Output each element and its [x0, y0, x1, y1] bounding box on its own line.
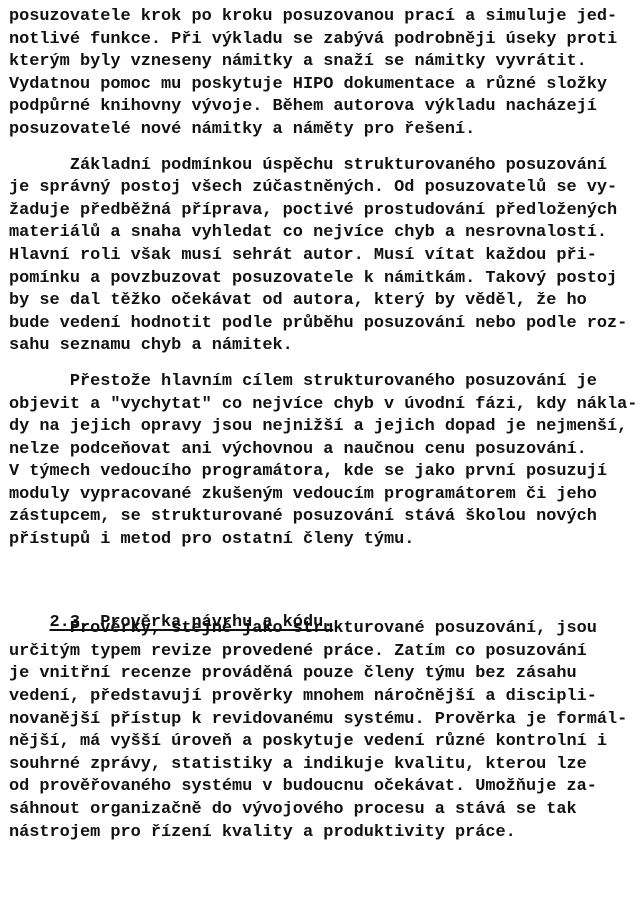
text-line: sahu seznamu chyb a námitek. — [9, 335, 641, 358]
paragraph-review-walkthrough: posuzovatele krok po kroku posuzovanou p… — [9, 6, 641, 142]
text-line: od prověřovaného systému v budoucnu oček… — [9, 776, 641, 799]
paragraph-main-goal: Přestože hlavním cílem strukturovaného p… — [9, 371, 641, 552]
text-line: Hlavní roli však musí sehrát autor. Musí… — [9, 245, 641, 268]
section-heading: 2.3. Prověrka návrhu a kódu. — [9, 590, 641, 613]
text-line: Přestože hlavním cílem strukturovaného p… — [9, 371, 641, 394]
text-line: nelze podceňovat ani výchovnou a naučnou… — [9, 439, 641, 462]
text-line: určitým typem revize provedené práce. Za… — [9, 641, 641, 664]
text-line: moduly vypracované zkušeným vedoucím pro… — [9, 484, 641, 507]
text-line: nástrojem pro řízení kvality a produktiv… — [9, 822, 641, 845]
text-line: by se dal těžko očekávat od autora, kter… — [9, 290, 641, 313]
text-line: novanější přístup k revidovanému systému… — [9, 709, 641, 732]
text-line: dy na jejich opravy jsou nejnižší a jeji… — [9, 416, 641, 439]
text-line: zástupcem, se strukturované posuzování s… — [9, 506, 641, 529]
typewritten-page: posuzovatele krok po kroku posuzovanou p… — [9, 6, 641, 844]
text-line: materiálů a snaha vyhledat co nejvíce ch… — [9, 222, 641, 245]
paragraph-basic-condition: Základní podmínkou úspěchu strukturované… — [9, 155, 641, 358]
text-line: žaduje předběžná příprava, poctivé prost… — [9, 200, 641, 223]
text-line: přístupů i metod pro ostatní členy týmu. — [9, 529, 641, 552]
paragraph-audits: Prověrky, stejně jako strukturované posu… — [9, 618, 641, 844]
text-line: je správný postoj všech zúčastněných. Od… — [9, 177, 641, 200]
text-line: notlivé funkce. Při výkladu se zabývá po… — [9, 29, 641, 52]
text-line: nější, má vyšší úroveň a poskytuje veden… — [9, 731, 641, 754]
text-line: pomínku a povzbuzovat posuzovatele k nám… — [9, 268, 641, 291]
text-line: Prověrky, stejně jako strukturované posu… — [9, 618, 641, 641]
text-line: Vydatnou pomoc mu poskytuje HIPO dokumen… — [9, 74, 641, 97]
text-line: kterým byly vzneseny námitky a snaží se … — [9, 51, 641, 74]
text-line: V týmech vedoucího programátora, kde se … — [9, 461, 641, 484]
text-line: Základní podmínkou úspěchu strukturované… — [9, 155, 641, 178]
text-line: bude vedení hodnotit podle průběhu posuz… — [9, 313, 641, 336]
text-line: sáhnout organizačně do vývojového proces… — [9, 799, 641, 822]
text-line: posuzovatele krok po kroku posuzovanou p… — [9, 6, 641, 29]
text-line: souhrné zprávy, statistiky a indikuje kv… — [9, 754, 641, 777]
text-line: vedení, představují prověrky mnohem náro… — [9, 686, 641, 709]
text-line: posuzovatelé nové námitky a náměty pro ř… — [9, 119, 641, 142]
text-line: podpůrné knihovny vývoje. Během autorova… — [9, 96, 641, 119]
text-line: je vnitřní recenze prováděná pouze členy… — [9, 663, 641, 686]
text-line: objevit a "vychytat" co nejvíce chyb v ú… — [9, 394, 641, 417]
